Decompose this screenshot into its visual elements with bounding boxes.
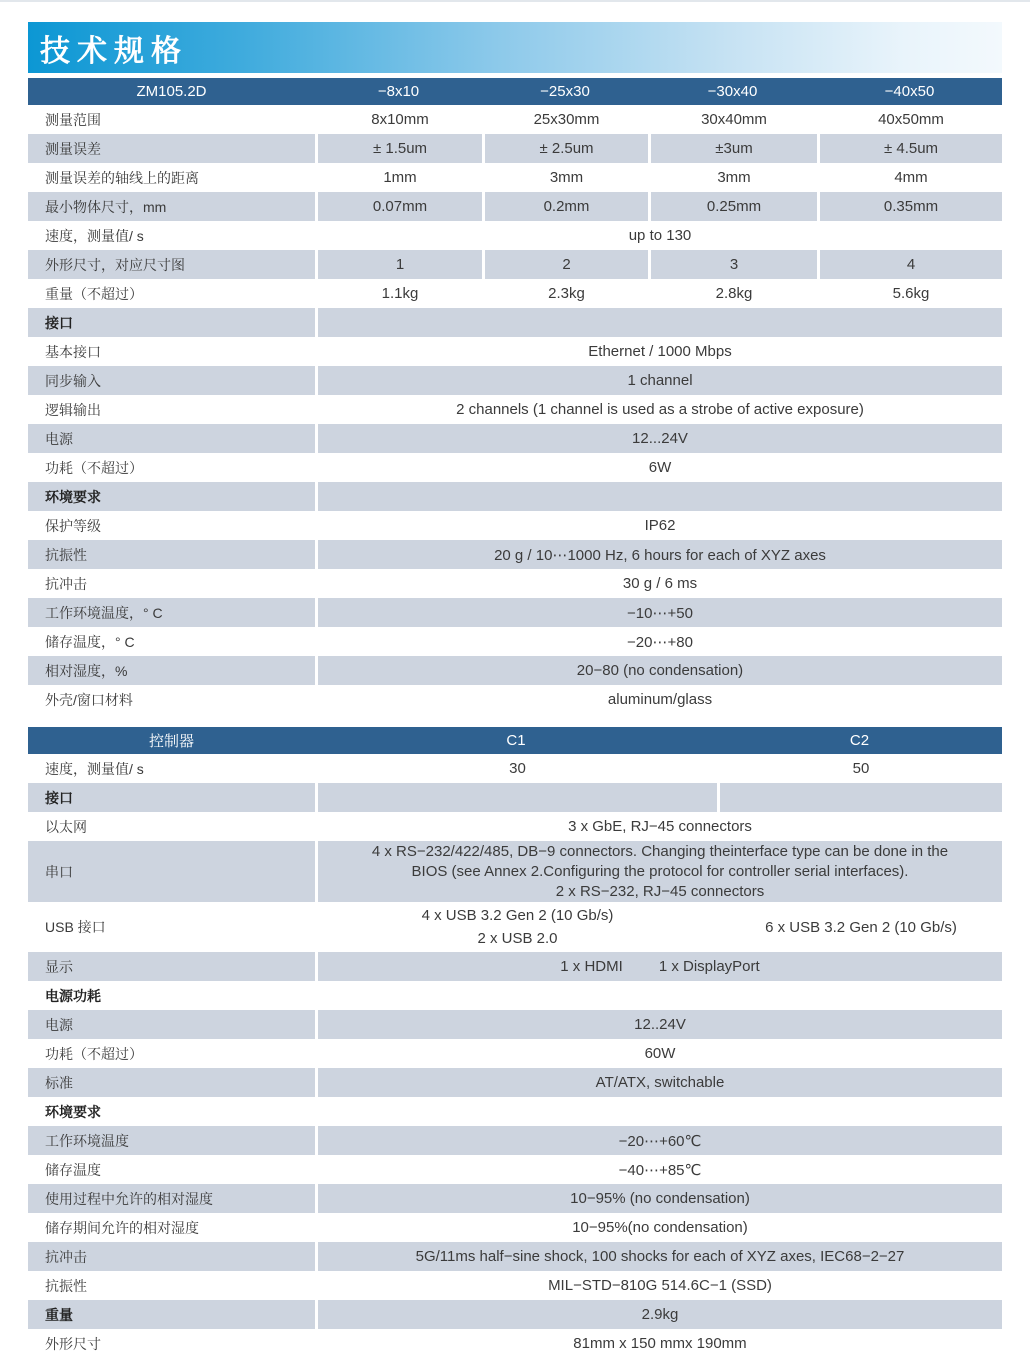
row-value: 1 channel bbox=[315, 366, 1002, 395]
row-value: 1 x HDMI1 x DisplayPort bbox=[315, 952, 1002, 981]
table-row: 保护等级IP62 bbox=[28, 511, 1002, 540]
row-value: ± 4.5um bbox=[817, 134, 1002, 163]
row-label: 逻辑输出 bbox=[28, 395, 315, 424]
row-value: 0.07mm bbox=[315, 192, 482, 221]
row-label: 基本接口 bbox=[28, 337, 315, 366]
table-row: 电源12...24V bbox=[28, 424, 1002, 453]
row-value: 4mm bbox=[817, 163, 1002, 192]
value-line: 6 x USB 3.2 Gen 2 (10 Gb/s) bbox=[765, 919, 957, 936]
table-row: 抗振性20 g / 10⋯1000 Hz, 6 hours for each o… bbox=[28, 540, 1002, 569]
row-value: 10−95%(no condensation) bbox=[315, 1213, 1002, 1242]
table-row: 标准AT/ATX, switchable bbox=[28, 1068, 1002, 1097]
value-part: 1 x DisplayPort bbox=[659, 958, 760, 975]
row-label: 标准 bbox=[28, 1068, 315, 1097]
row-value: 0.35mm bbox=[817, 192, 1002, 221]
section-header-row: 接口 bbox=[28, 783, 1002, 812]
row-value: MIL−STD−810G 514.6C−1 (SSD) bbox=[315, 1271, 1002, 1300]
table-row: 速度，测量值/ s3050 bbox=[28, 754, 1002, 783]
table-row: 以太网3 x GbE, RJ−45 connectors bbox=[28, 812, 1002, 841]
table-row: 工作环境温度，° C−10⋯+50 bbox=[28, 598, 1002, 627]
row-value: 20−80 (no condensation) bbox=[315, 656, 1002, 685]
row-label: 最小物体尺寸，mm bbox=[28, 192, 315, 221]
column-header-25x30: −25x30 bbox=[482, 78, 648, 105]
row-value: 0.25mm bbox=[648, 192, 817, 221]
row-label: 重量（不超过） bbox=[28, 279, 315, 308]
column-header-8x10: −8x10 bbox=[315, 78, 482, 105]
table-row: 功耗（不超过）6W bbox=[28, 453, 1002, 482]
section-header-row: 电源功耗 bbox=[28, 981, 1002, 1010]
controller-spec-table: 控制器 C1 C2 速度，测量值/ s3050接口以太网3 x GbE, RJ−… bbox=[28, 727, 1002, 1358]
row-value: 0.2mm bbox=[482, 192, 648, 221]
table-row: 速度，测量值/ sup to 130 bbox=[28, 221, 1002, 250]
row-label: 抗振性 bbox=[28, 1271, 315, 1300]
row-value: 50 bbox=[717, 754, 1002, 783]
row-value: 2.9kg bbox=[315, 1300, 1002, 1329]
table-row: 外壳/窗口材料aluminum/glass bbox=[28, 685, 1002, 714]
row-value: −40⋯+85℃ bbox=[315, 1155, 1002, 1184]
table-row: 相对湿度，%20−80 (no condensation) bbox=[28, 656, 1002, 685]
row-value: AT/ATX, switchable bbox=[315, 1068, 1002, 1097]
table-row: 电源12..24V bbox=[28, 1010, 1002, 1039]
column-header-c1: C1 bbox=[315, 727, 717, 754]
row-label: 使用过程中允许的相对湿度 bbox=[28, 1184, 315, 1213]
row-label: 接口 bbox=[28, 783, 315, 812]
table-row: 最小物体尺寸，mm0.07mm0.2mm0.25mm0.35mm bbox=[28, 192, 1002, 221]
row-label: 同步输入 bbox=[28, 366, 315, 395]
row-label: 外形尺寸，对应尺寸图 bbox=[28, 250, 315, 279]
table-row: 逻辑输出2 channels (1 channel is used as a s… bbox=[28, 395, 1002, 424]
column-header-30x40: −30x40 bbox=[648, 78, 817, 105]
row-value: ±3um bbox=[648, 134, 817, 163]
sensor-spec-table: ZM105.2D −8x10 −25x30 −30x40 −40x50 测量范围… bbox=[28, 78, 1002, 714]
value-line: 4 x USB 3.2 Gen 2 (10 Gb/s) bbox=[422, 904, 614, 927]
row-label: 保护等级 bbox=[28, 511, 315, 540]
table-row: 抗振性MIL−STD−810G 514.6C−1 (SSD) bbox=[28, 1271, 1002, 1300]
table-row: USB 接口4 x USB 3.2 Gen 2 (10 Gb/s)2 x USB… bbox=[28, 902, 1002, 952]
row-value bbox=[315, 981, 1002, 1010]
row-value bbox=[315, 308, 1002, 337]
table-row: 储存期间允许的相对湿度10−95%(no condensation) bbox=[28, 1213, 1002, 1242]
row-label: 外形尺寸 bbox=[28, 1329, 315, 1358]
table-row: 外形尺寸81mm x 150 mmx 190mm bbox=[28, 1329, 1002, 1358]
section-title-banner: 技术规格 bbox=[28, 22, 1002, 73]
row-value bbox=[315, 1097, 1002, 1126]
section-header-row: 环境要求 bbox=[28, 482, 1002, 511]
page-title: 技术规格 bbox=[28, 26, 188, 70]
row-value: 12...24V bbox=[315, 424, 1002, 453]
table-row: 重量2.9kg bbox=[28, 1300, 1002, 1329]
row-value: ± 2.5um bbox=[482, 134, 648, 163]
row-label: 储存期间允许的相对湿度 bbox=[28, 1213, 315, 1242]
column-header-model: ZM105.2D bbox=[28, 78, 315, 105]
row-value: 4 x RS−232/422/485, DB−9 connectors. Cha… bbox=[315, 841, 1002, 902]
row-value: 81mm x 150 mmx 190mm bbox=[315, 1329, 1002, 1358]
row-value: 1 bbox=[315, 250, 482, 279]
row-label: 功耗（不超过） bbox=[28, 1039, 315, 1068]
row-value: 30x40mm bbox=[648, 105, 817, 134]
row-value bbox=[315, 783, 717, 812]
table-row: 功耗（不超过）60W bbox=[28, 1039, 1002, 1068]
row-label: 串口 bbox=[28, 841, 315, 902]
column-header-40x50: −40x50 bbox=[817, 78, 1002, 105]
value-line: 2 x USB 2.0 bbox=[477, 927, 557, 950]
row-label: 储存温度 bbox=[28, 1155, 315, 1184]
row-label: 抗冲击 bbox=[28, 1242, 315, 1271]
row-label: 电源功耗 bbox=[28, 981, 315, 1010]
row-label: 速度，测量值/ s bbox=[28, 754, 315, 783]
row-value: 8x10mm bbox=[315, 105, 482, 134]
column-header-c2: C2 bbox=[717, 727, 1002, 754]
value-line: 2 x RS−232, RJ−45 connectors bbox=[556, 882, 764, 902]
row-value: 40x50mm bbox=[817, 105, 1002, 134]
row-label: 抗振性 bbox=[28, 540, 315, 569]
table-row: 储存温度−40⋯+85℃ bbox=[28, 1155, 1002, 1184]
table-row: 使用过程中允许的相对湿度10−95% (no condensation) bbox=[28, 1184, 1002, 1213]
row-label: 速度，测量值/ s bbox=[28, 221, 315, 250]
row-value: 5.6kg bbox=[817, 279, 1002, 308]
table-row: 抗冲击30 g / 6 ms bbox=[28, 569, 1002, 598]
row-value: 5G/11ms half−sine shock, 100 shocks for … bbox=[315, 1242, 1002, 1271]
row-value: 6 x USB 3.2 Gen 2 (10 Gb/s) bbox=[717, 902, 1002, 952]
row-value: 25x30mm bbox=[482, 105, 648, 134]
row-label: 工作环境温度，° C bbox=[28, 598, 315, 627]
table-row: 串口4 x RS−232/422/485, DB−9 connectors. C… bbox=[28, 841, 1002, 902]
table-row: 测量误差± 1.5um± 2.5um±3um± 4.5um bbox=[28, 134, 1002, 163]
row-value: 2.8kg bbox=[648, 279, 817, 308]
row-label: 接口 bbox=[28, 308, 315, 337]
value-line: BIOS (see Annex 2.Configuring the protoc… bbox=[412, 862, 909, 882]
row-value: IP62 bbox=[315, 511, 1002, 540]
row-label: 测量误差 bbox=[28, 134, 315, 163]
row-value: 2 channels (1 channel is used as a strob… bbox=[315, 395, 1002, 424]
row-value: −20⋯+60℃ bbox=[315, 1126, 1002, 1155]
row-label: 电源 bbox=[28, 1010, 315, 1039]
row-label: 显示 bbox=[28, 952, 315, 981]
row-value: 12..24V bbox=[315, 1010, 1002, 1039]
row-value: 2.3kg bbox=[482, 279, 648, 308]
row-value: 10−95% (no condensation) bbox=[315, 1184, 1002, 1213]
row-value: 3mm bbox=[648, 163, 817, 192]
row-label: 相对湿度，% bbox=[28, 656, 315, 685]
row-value: −10⋯+50 bbox=[315, 598, 1002, 627]
row-label: 测量范围 bbox=[28, 105, 315, 134]
row-value: 1.1kg bbox=[315, 279, 482, 308]
row-value bbox=[717, 783, 1002, 812]
page-top-edge bbox=[0, 0, 1030, 2]
table-row: 显示1 x HDMI1 x DisplayPort bbox=[28, 952, 1002, 981]
table-row: 测量范围8x10mm25x30mm30x40mm40x50mm bbox=[28, 105, 1002, 134]
row-value: 4 bbox=[817, 250, 1002, 279]
row-value: 30 g / 6 ms bbox=[315, 569, 1002, 598]
row-label: 外壳/窗口材料 bbox=[28, 685, 315, 714]
row-label: 以太网 bbox=[28, 812, 315, 841]
row-value: Ethernet / 1000 Mbps bbox=[315, 337, 1002, 366]
row-label: 环境要求 bbox=[28, 1097, 315, 1126]
value-line: 4 x RS−232/422/485, DB−9 connectors. Cha… bbox=[372, 842, 948, 862]
row-value: 1mm bbox=[315, 163, 482, 192]
row-label: 抗冲击 bbox=[28, 569, 315, 598]
row-label: 重量 bbox=[28, 1300, 315, 1329]
row-value: 2 bbox=[482, 250, 648, 279]
table-row: 抗冲击5G/11ms half−sine shock, 100 shocks f… bbox=[28, 1242, 1002, 1271]
value-part: 1 x HDMI bbox=[560, 958, 623, 975]
row-value: 3 bbox=[648, 250, 817, 279]
table-row: 同步输入1 channel bbox=[28, 366, 1002, 395]
table-row: 工作环境温度−20⋯+60℃ bbox=[28, 1126, 1002, 1155]
table-row: 外形尺寸，对应尺寸图1234 bbox=[28, 250, 1002, 279]
table-row: 重量（不超过）1.1kg2.3kg2.8kg5.6kg bbox=[28, 279, 1002, 308]
row-value: 20 g / 10⋯1000 Hz, 6 hours for each of X… bbox=[315, 540, 1002, 569]
section-header-row: 接口 bbox=[28, 308, 1002, 337]
row-value: 60W bbox=[315, 1039, 1002, 1068]
row-value: 3mm bbox=[482, 163, 648, 192]
sensor-table-header: ZM105.2D −8x10 −25x30 −30x40 −40x50 bbox=[28, 78, 1002, 105]
row-value: aluminum/glass bbox=[315, 685, 1002, 714]
row-label: USB 接口 bbox=[28, 902, 315, 952]
row-label: 测量误差的轴线上的距离 bbox=[28, 163, 315, 192]
row-value bbox=[315, 482, 1002, 511]
row-value: 4 x USB 3.2 Gen 2 (10 Gb/s)2 x USB 2.0 bbox=[315, 902, 717, 952]
section-header-row: 环境要求 bbox=[28, 1097, 1002, 1126]
row-label: 环境要求 bbox=[28, 482, 315, 511]
row-value: 3 x GbE, RJ−45 connectors bbox=[315, 812, 1002, 841]
row-value: 6W bbox=[315, 453, 1002, 482]
controller-table-header: 控制器 C1 C2 bbox=[28, 727, 1002, 754]
row-value: −20⋯+80 bbox=[315, 627, 1002, 656]
row-label: 电源 bbox=[28, 424, 315, 453]
row-label: 功耗（不超过） bbox=[28, 453, 315, 482]
row-label: 工作环境温度 bbox=[28, 1126, 315, 1155]
row-label: 储存温度，° C bbox=[28, 627, 315, 656]
column-header-controller: 控制器 bbox=[28, 727, 315, 754]
row-value: 30 bbox=[315, 754, 717, 783]
table-row: 基本接口Ethernet / 1000 Mbps bbox=[28, 337, 1002, 366]
table-row: 测量误差的轴线上的距离1mm3mm3mm4mm bbox=[28, 163, 1002, 192]
row-value: up to 130 bbox=[315, 221, 1002, 250]
table-row: 储存温度，° C−20⋯+80 bbox=[28, 627, 1002, 656]
row-value: ± 1.5um bbox=[315, 134, 482, 163]
